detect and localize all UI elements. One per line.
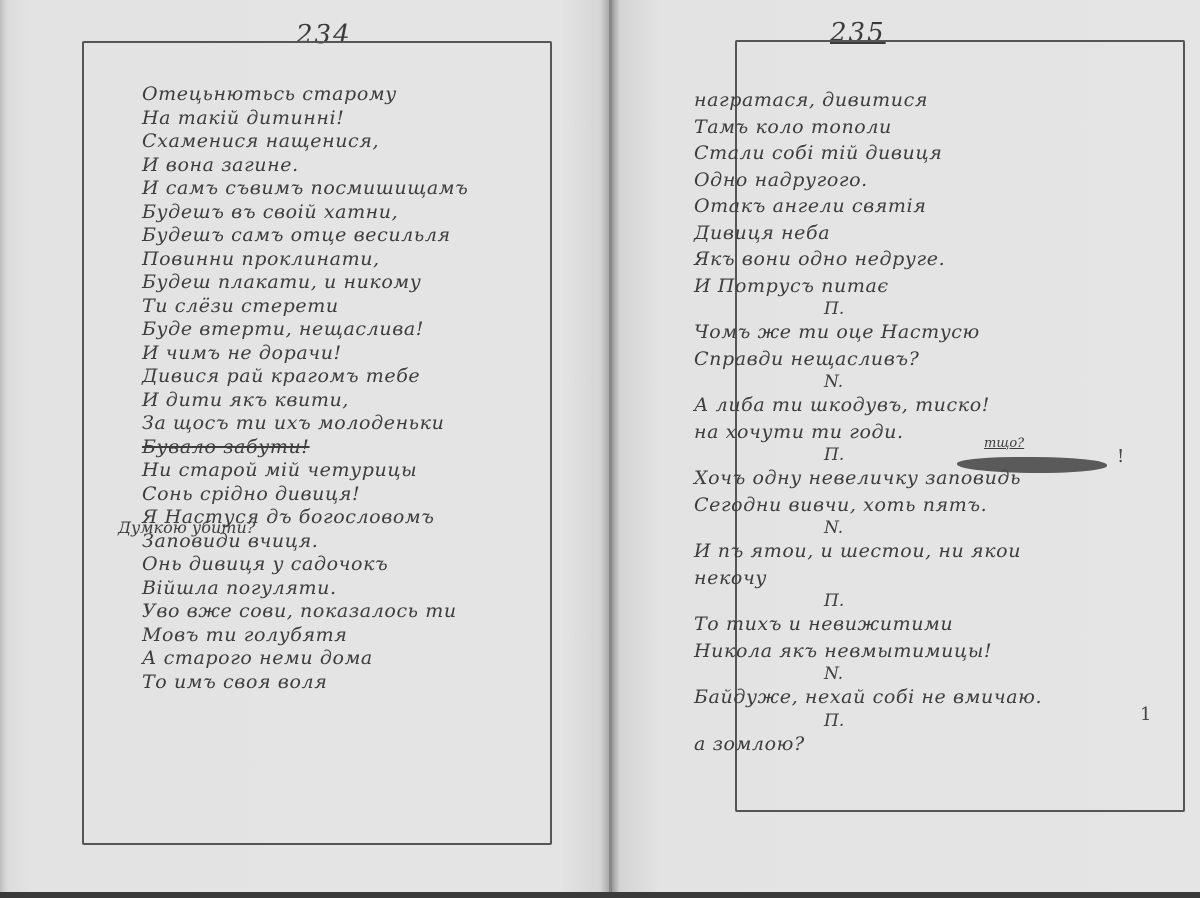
speaker-label: N. <box>694 518 1144 538</box>
verse-line: Справди нещасливъ? <box>694 346 1144 373</box>
verse-line: Бувало забути! <box>142 436 542 460</box>
verse-line: И пъ ятои, и шестои, ни якои <box>694 538 1144 565</box>
verse-line: То имъ своя воля <box>142 671 542 695</box>
verse-line: И чимъ не дорачи! <box>142 342 542 366</box>
verse-line: некочу <box>694 565 1144 592</box>
verse-line: Повинни проклинати, <box>142 248 542 272</box>
verse-line: На такій дитинні! <box>142 107 542 131</box>
verse-line: Якъ вони одно недруге. <box>694 246 1144 273</box>
verse-line: Схаменися нащенися, <box>142 130 542 154</box>
verse-line: Сонь срідно дивиця! <box>142 483 542 507</box>
verse-line: Ни старой мій четурицы <box>142 459 542 483</box>
margin-insertion: Думкою убити? <box>118 518 255 537</box>
verse-line: Тамъ коло тополи <box>694 114 1144 141</box>
interlinear-note: тщо? <box>984 436 1024 451</box>
margin-mark: 1 <box>1140 704 1151 725</box>
verse-line: а зомлою? <box>694 731 1144 758</box>
speaker-label: N. <box>694 372 1144 392</box>
speaker-label: П. <box>694 591 1144 611</box>
left-page: 234 Отецьнютьсь старомуНа такій дитинні!… <box>0 0 610 893</box>
verse-line: Чомъ же ти оце Настусю <box>694 319 1144 346</box>
verse-line: Дивиця неба <box>694 220 1144 247</box>
verse-block: Отецьнютьсь старомуНа такій дитинні!Схам… <box>142 83 542 694</box>
verse-line: Отакъ ангели святія <box>694 193 1144 220</box>
verse-line: Одно надругого. <box>694 167 1144 194</box>
verse-line: И вона загине. <box>142 154 542 178</box>
speaker-label: П. <box>694 299 1144 319</box>
verse-line: И дити якъ квити, <box>142 389 542 413</box>
verse-line: Будеш плакати, и никому <box>142 271 542 295</box>
speaker-label: N. <box>694 664 1144 684</box>
verse-line: на хочути ти годи. <box>694 419 1144 446</box>
verse-line: Сегодни вивчи, хоть пятъ. <box>694 492 1144 519</box>
verse-line: Буде втерти, нещаслива! <box>142 318 542 342</box>
verse-line: Будешъ самъ отце весильля <box>142 224 542 248</box>
verse-line: Будешъ въ своій хатни, <box>142 201 542 225</box>
verse-line: Онь дивиця у садочокъ <box>142 553 542 577</box>
speaker-label: П. <box>694 711 1144 731</box>
verse-line: награтася, дивитися <box>694 87 1144 114</box>
book-bottom-edge <box>0 892 1200 898</box>
verse-line: И Потрусъ питає <box>694 273 1144 300</box>
verse-block: награтася, дивитисяТамъ коло тополиСтали… <box>694 87 1144 757</box>
verse-line: Стали собі тій дивиця <box>694 140 1144 167</box>
verse-line: Отецьнютьсь старому <box>142 83 542 107</box>
verse-line: Байдуже, нехай собі не вмичаю. <box>694 684 1144 711</box>
verse-line: Дивися рай крагомъ тебе <box>142 365 542 389</box>
margin-mark: ! <box>1117 446 1124 467</box>
verse-line: Війшла погуляти. <box>142 577 542 601</box>
verse-line: За щосъ ти ихъ молоденьки <box>142 412 542 436</box>
verse-line: А либа ти шкодувъ, тиско! <box>694 392 1144 419</box>
verse-line: Мовъ ти голубятя <box>142 624 542 648</box>
verse-line: Никола якъ невмытимицы! <box>694 638 1144 665</box>
verse-line: То тихъ и невижитими <box>694 611 1144 638</box>
right-page: 235 награтася, дивитисяТамъ коло тополиС… <box>612 0 1200 893</box>
verse-line: А старого неми дома <box>142 647 542 671</box>
verse-line: И самъ съвимъ посмишищамъ <box>142 177 542 201</box>
verse-line: Уво вже сови, показалось ти <box>142 600 542 624</box>
verse-line: Ти слёзи стерети <box>142 295 542 319</box>
